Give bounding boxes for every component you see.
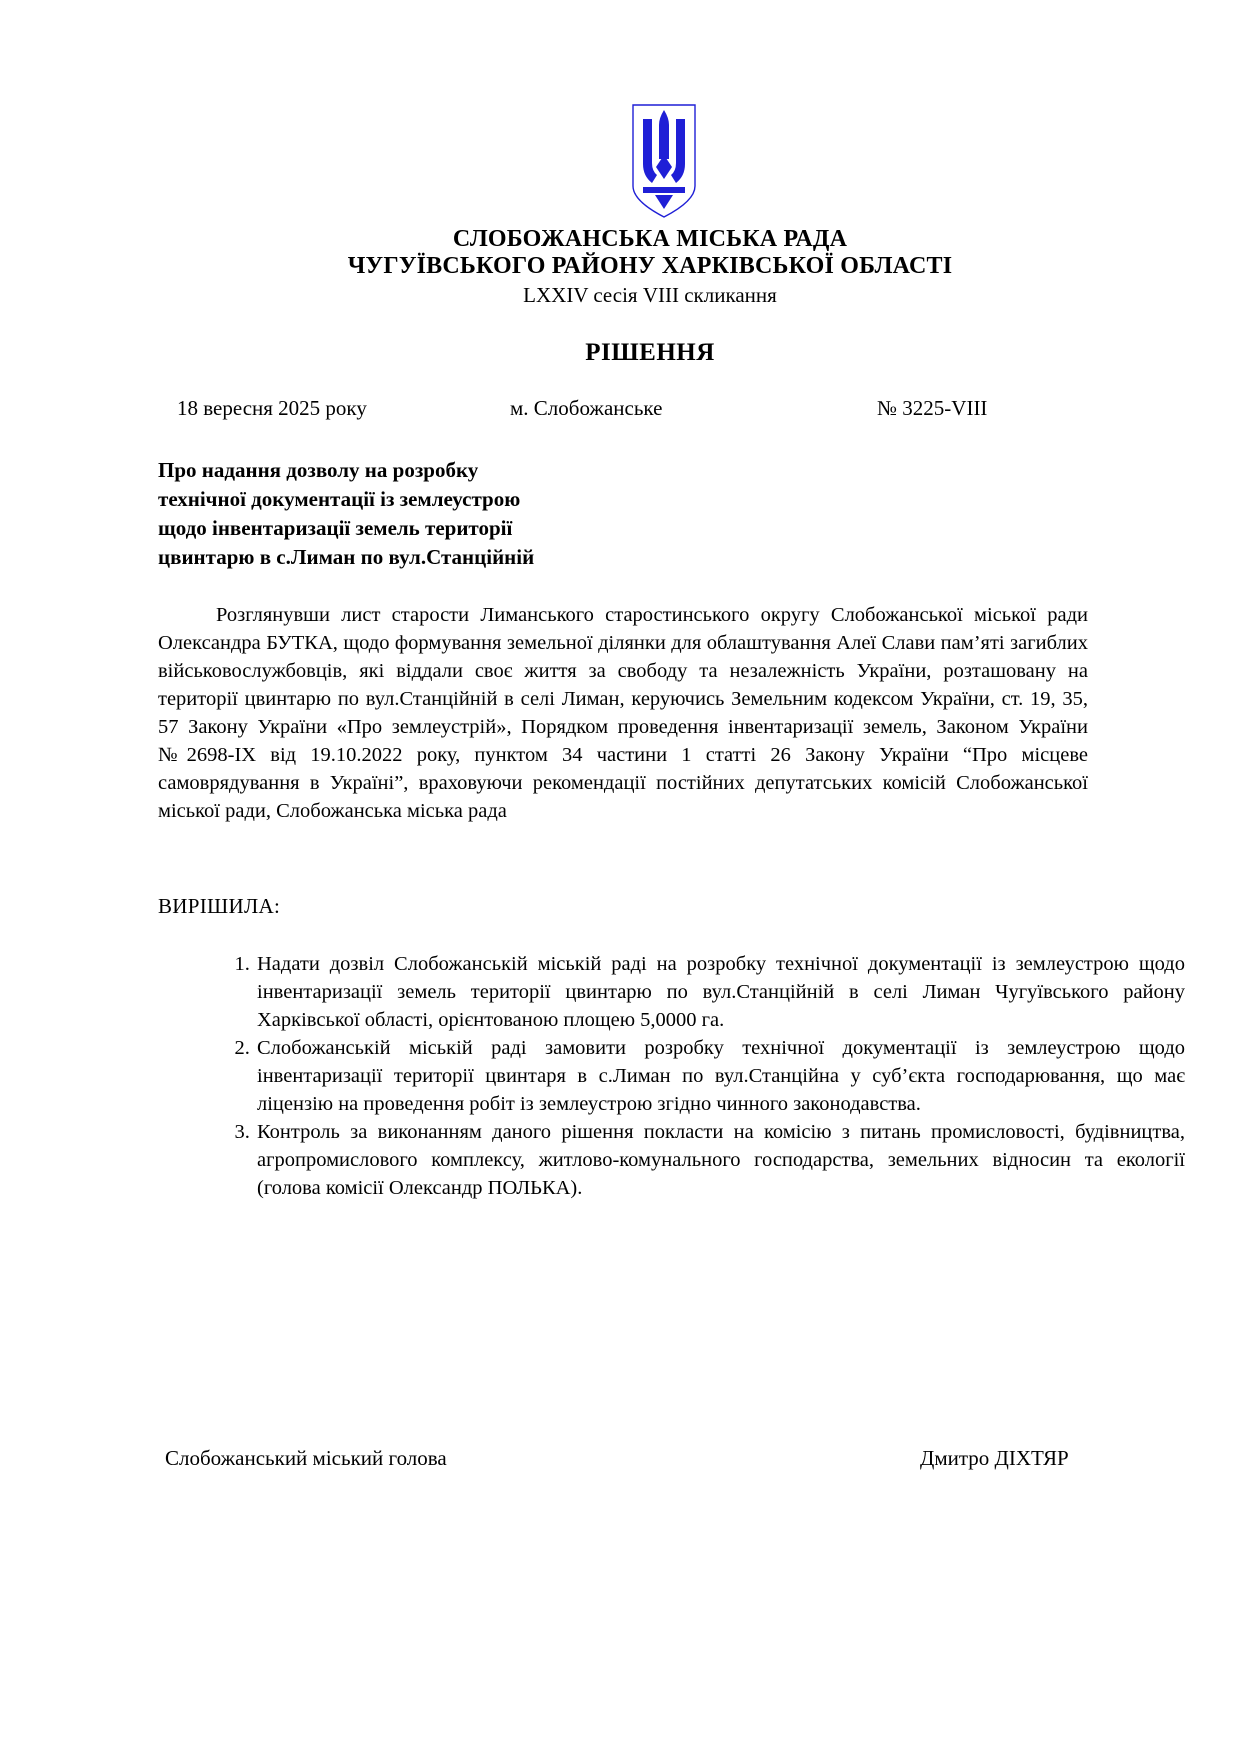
document-number: № 3225-VIII — [877, 396, 987, 421]
document-place: м. Слобожанське — [510, 396, 662, 421]
document-header: СЛОБОЖАНСЬКА МІСЬКА РАДА ЧУГУЇВСЬКОГО РА… — [170, 226, 1130, 309]
decision-items: Надати дозвіл Слобожанській міській раді… — [158, 950, 1185, 1202]
resolution-word: ВИРІШИЛА: — [158, 894, 280, 919]
signature-row: Слобожанський міський голова Дмитро ДІХТ… — [0, 1446, 1240, 1474]
signature-name: Дмитро ДІХТЯР — [920, 1446, 1069, 1471]
subject-line-3: щодо інвентаризації земель території — [158, 514, 718, 543]
org-name-line1: СЛОБОЖАНСЬКА МІСЬКА РАДА — [170, 226, 1130, 253]
subject-line-2: технічної документації із землеустрою — [158, 485, 718, 514]
preamble-paragraph: Розглянувши лист старости Лиманського ст… — [158, 601, 1088, 825]
decision-item-2: Слобожанській міській раді замовити розр… — [255, 1034, 1185, 1118]
subject-line-1: Про надання дозволу на розробку — [158, 456, 718, 485]
signature-position: Слобожанський міський голова — [165, 1446, 447, 1471]
subject-line-4: цвинтарю в с.Лиман по вул.Станційній — [158, 543, 718, 572]
document-date: 18 вересня 2025 року — [177, 396, 367, 421]
decision-item-3: Контроль за виконанням даного рішення по… — [255, 1118, 1185, 1202]
document-type-title: РІШЕННЯ — [170, 339, 1130, 367]
session-line: LXXIV сесія VIII скликання — [170, 282, 1130, 309]
org-name-line2: ЧУГУЇВСЬКОГО РАЙОНУ ХАРКІВСЬКОЇ ОБЛАСТІ — [170, 253, 1130, 280]
meta-row: 18 вересня 2025 року м. Слобожанське № 3… — [0, 396, 1240, 424]
subject-block: Про надання дозволу на розробку технічно… — [158, 456, 718, 572]
decision-item-1: Надати дозвіл Слобожанській міській раді… — [255, 950, 1185, 1034]
document-page: СЛОБОЖАНСЬКА МІСЬКА РАДА ЧУГУЇВСЬКОГО РА… — [0, 0, 1240, 1754]
ukraine-trident-emblem — [630, 102, 698, 220]
